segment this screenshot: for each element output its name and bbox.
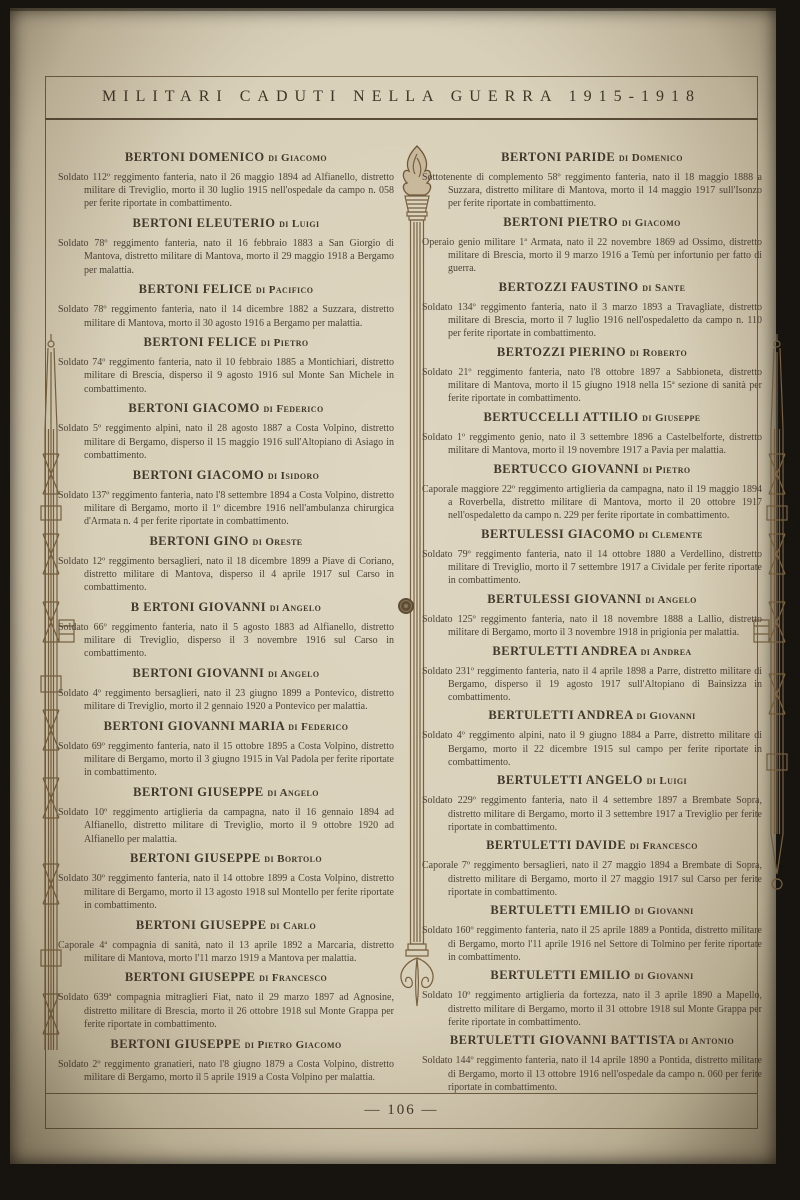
soldier-entry: BERTONI ELEUTERIO di Luigi Soldato 78º r… [58,216,394,277]
entry-text: Soldato 78º reggimento fanteria, nato il… [58,303,394,329]
soldier-patronymic: di Angelo [270,602,321,614]
soldier-patronymic: di Francesco [630,840,698,852]
soldier-entry: BERTONI GIUSEPPE di Pietro Giacomo Solda… [58,1037,394,1084]
entry-heading: BERTULETTI EMILIO di Giovanni [422,903,762,918]
entry-heading: BERTULETTI GIOVANNI BATTISTA di Antonio [422,1033,762,1048]
soldier-entry: BERTULESSI GIACOMO di Clemente Soldato 7… [422,527,762,588]
soldier-entry: BERTULETTI DAVIDE di Francesco Caporale … [422,838,762,899]
entry-heading: BERTULESSI GIACOMO di Clemente [422,527,762,542]
entry-heading: BERTONI GIUSEPPE di Angelo [58,785,394,800]
soldier-name: BERTUCCO GIOVANNI [493,462,642,476]
entry-text: Soldato 10º reggimento artiglieria da ca… [58,806,394,846]
entry-text: Soldato 160º reggimento fanteria, nato i… [422,924,762,964]
page-top-edge [10,8,776,11]
soldier-patronymic: di Bortolo [264,853,322,865]
entry-heading: BERTONI ELEUTERIO di Luigi [58,216,394,231]
entry-heading: BERTONI FELICE di Pietro [58,335,394,350]
soldier-entry: BERTUCCELLI ATTILIO di Giuseppe Soldato … [422,410,762,457]
entry-text: Caporale 4ª compagnia di sanità, nato il… [58,939,394,965]
soldier-patronymic: di Giacomo [268,152,327,164]
soldier-entry: BERTONI GIUSEPPE di Carlo Caporale 4ª co… [58,918,394,965]
soldier-patronymic: di Pietro Giacomo [245,1039,342,1051]
soldier-name: BERTULESSI GIOVANNI [487,592,645,606]
soldier-patronymic: di Pietro [643,464,691,476]
soldier-entry: BERTONI FELICE di Pietro Soldato 74º reg… [58,335,394,396]
soldier-patronymic: di Pietro [261,337,309,349]
entry-text: Soldato 2º reggimento granatieri, nato l… [58,1058,394,1084]
entry-heading: BERTONI PIETRO di Giacomo [422,215,762,230]
soldier-entry: BERTULETTI ANDREA di Giovanni Soldato 4º… [422,708,762,769]
soldier-entry: B ERTONI GIOVANNI di Angelo Soldato 66º … [58,600,394,661]
soldier-patronymic: di Roberto [630,347,687,359]
entry-text: Soldato 639ª compagnia mitraglieri Fiat,… [58,991,394,1031]
left-column: BERTONI DOMENICO di Giacomo Soldato 112º… [58,150,394,1084]
soldier-name: BERTOZZI PIERINO [497,345,630,359]
soldier-entry: BERTONI GIUSEPPE di Angelo Soldato 10º r… [58,785,394,846]
entry-text: Soldato 10º reggimento artiglieria da fo… [422,989,762,1029]
soldier-entry: BERTOZZI PIERINO di Roberto Soldato 21º … [422,345,762,406]
entry-heading: BERTULETTI DAVIDE di Francesco [422,838,762,853]
soldier-name: BERTONI GIUSEPPE [125,970,259,984]
soldier-patronymic: di Luigi [279,218,319,230]
entry-heading: BERTULETTI EMILIO di Giovanni [422,968,762,983]
soldier-name: BERTONI GIOVANNI [133,666,268,680]
entry-heading: BERTUCCELLI ATTILIO di Giuseppe [422,410,762,425]
soldier-entry: BERTULETTI GIOVANNI BATTISTA di Antonio … [422,1033,762,1094]
soldier-entry: BERTONI GIUSEPPE di Bortolo Soldato 30º … [58,851,394,912]
entry-heading: BERTULETTI ANGELO di Luigi [422,773,762,788]
entry-heading: BERTONI GIACOMO di Federico [58,401,394,416]
entry-heading: BERTUCCO GIOVANNI di Pietro [422,462,762,477]
soldier-entry: BERTONI PARIDE di Domenico Sottotenente … [422,150,762,211]
soldier-entry: BERTULESSI GIOVANNI di Angelo Soldato 12… [422,592,762,639]
soldier-name: B ERTONI GIOVANNI [131,600,270,614]
soldier-entry: BERTONI PIETRO di Giacomo Operaio genio … [422,215,762,276]
soldier-name: BERTONI GIACOMO [128,401,263,415]
entry-text: Soldato 125º reggimento fanteria, nato i… [422,613,762,639]
soldier-patronymic: di Federico [288,721,348,733]
scanned-page: MILITARI CADUTI NELLA GUERRA 1915-1918 [10,8,776,1164]
entry-heading: BERTULETTI ANDREA di Giovanni [422,708,762,723]
page-number: — 106 — [45,1092,758,1128]
soldier-name: BERTULETTI ANDREA [488,708,636,722]
entry-heading: BERTONI GIUSEPPE di Francesco [58,970,394,985]
soldier-patronymic: di Francesco [259,972,327,984]
soldier-patronymic: di Sante [642,282,685,294]
soldier-patronymic: di Pacifico [256,284,313,296]
soldier-entry: BERTONI GIOVANNI MARIA di Federico Solda… [58,719,394,780]
entry-heading: BERTULETTI ANDREA di Andrea [422,644,762,659]
entry-heading: B ERTONI GIOVANNI di Angelo [58,600,394,615]
soldier-entry: BERTONI GIACOMO di Federico Soldato 5º r… [58,401,394,462]
soldier-patronymic: di Federico [264,403,324,415]
soldier-name: BERTULESSI GIACOMO [481,527,639,541]
soldier-patronymic: di Oreste [253,536,303,548]
soldier-name: BERTULETTI EMILIO [490,903,634,917]
entry-heading: BERTOZZI FAUSTINO di Sante [422,280,762,295]
right-column: BERTONI PARIDE di Domenico Sottotenente … [422,150,762,1094]
entry-heading: BERTONI GIUSEPPE di Pietro Giacomo [58,1037,394,1052]
title-divider-rule [45,118,758,120]
soldier-patronymic: di Giovanni [634,905,693,917]
soldier-name: BERTULETTI DAVIDE [486,838,630,852]
entry-text: Soldato 137º reggimento fanteria, nato l… [58,489,394,529]
soldier-entry: BERTULETTI EMILIO di Giovanni Soldato 10… [422,968,762,1029]
entry-heading: BERTONI GIOVANNI di Angelo [58,666,394,681]
soldier-name: BERTONI DOMENICO [125,150,268,164]
soldier-entry: BERTONI GINO di Oreste Soldato 12º reggi… [58,534,394,595]
soldier-name: BERTONI GIUSEPPE [136,918,270,932]
soldier-entry: BERTONI FELICE di Pacifico Soldato 78º r… [58,282,394,329]
soldier-patronymic: di Clemente [639,529,703,541]
entry-text: Sottotenente di complemento 58º reggimen… [422,171,762,211]
entry-text: Caporale 7º reggimento bersaglieri, nato… [422,859,762,899]
soldier-name: BERTONI GIACOMO [133,468,268,482]
entry-text: Soldato 1º reggimento genio, nato il 3 s… [422,431,762,457]
soldier-patronymic: di Giovanni [637,710,696,722]
entry-text: Soldato 21º reggimento fanteria, nato l'… [422,366,762,406]
entry-text: Soldato 4º reggimento alpini, nato il 9 … [422,729,762,769]
soldier-name: BERTONI GIOVANNI MARIA [104,719,289,733]
soldier-name: BERTONI GIUSEPPE [133,785,267,799]
entry-text: Soldato 30º reggimento fanteria, nato il… [58,872,394,912]
soldier-patronymic: di Antonio [679,1035,734,1047]
soldier-entry: BERTONI GIACOMO di Isidoro Soldato 137º … [58,468,394,529]
soldier-entry: BERTULETTI EMILIO di Giovanni Soldato 16… [422,903,762,964]
entry-text: Soldato 74º reggimento fanteria, nato il… [58,356,394,396]
soldier-patronymic: di Luigi [647,775,687,787]
entry-text: Soldato 12º reggimento bersaglieri, nato… [58,555,394,595]
soldier-entry: BERTOZZI FAUSTINO di Sante Soldato 134º … [422,280,762,341]
soldier-patronymic: di Angelo [267,787,318,799]
entry-heading: BERTOZZI PIERINO di Roberto [422,345,762,360]
soldier-name: BERTONI PIETRO [503,215,622,229]
soldier-patronymic: di Isidoro [268,470,319,482]
entry-heading: BERTONI GIUSEPPE di Carlo [58,918,394,933]
soldier-entry: BERTUCCO GIOVANNI di Pietro Caporale mag… [422,462,762,523]
entry-text: Soldato 4º reggimento bersaglieri, nato … [58,687,394,713]
soldier-name: BERTONI PARIDE [501,150,619,164]
soldier-name: BERTOZZI FAUSTINO [499,280,643,294]
entry-text: Soldato 229º reggimento fanteria, nato i… [422,794,762,834]
soldier-entry: BERTULETTI ANGELO di Luigi Soldato 229º … [422,773,762,834]
page-title: MILITARI CADUTI NELLA GUERRA 1915-1918 [45,88,758,106]
soldier-patronymic: di Carlo [270,920,316,932]
entry-heading: BERTONI DOMENICO di Giacomo [58,150,394,165]
entry-heading: BERTONI FELICE di Pacifico [58,282,394,297]
entry-text: Soldato 5º reggimento alpini, nato il 28… [58,422,394,462]
soldier-patronymic: di Giacomo [622,217,681,229]
entry-text: Soldato 66º reggimento fanteria, nato il… [58,621,394,661]
entry-heading: BERTONI GIACOMO di Isidoro [58,468,394,483]
soldier-entry: BERTULETTI ANDREA di Andrea Soldato 231º… [422,644,762,705]
soldier-name: BERTONI FELICE [143,335,260,349]
soldier-name: BERTULETTI EMILIO [490,968,634,982]
entry-text: Soldato 79º reggimento fanteria, nato il… [422,548,762,588]
soldier-patronymic: di Angelo [268,668,319,680]
entry-heading: BERTONI PARIDE di Domenico [422,150,762,165]
entry-heading: BERTONI GIUSEPPE di Bortolo [58,851,394,866]
soldier-name: BERTONI GIUSEPPE [130,851,264,865]
soldier-entry: BERTONI GIUSEPPE di Francesco Soldato 63… [58,970,394,1031]
soldier-patronymic: di Giuseppe [642,412,700,424]
soldier-patronymic: di Domenico [619,152,683,164]
entry-text: Soldato 69º reggimento fanteria, nato il… [58,740,394,780]
soldier-name: BERTUCCELLI ATTILIO [483,410,642,424]
entry-heading: BERTONI GINO di Oreste [58,534,394,549]
soldier-patronymic: di Andrea [641,646,692,658]
soldier-name: BERTONI GINO [149,534,252,548]
soldier-entry: BERTONI DOMENICO di Giacomo Soldato 112º… [58,150,394,211]
soldier-name: BERTONI GIUSEPPE [110,1037,244,1051]
soldier-name: BERTULETTI ANDREA [492,644,640,658]
entry-heading: BERTONI GIOVANNI MARIA di Federico [58,719,394,734]
soldier-name: BERTULETTI GIOVANNI BATTISTA [450,1033,679,1047]
soldier-patronymic: di Angelo [645,594,696,606]
entry-text: Soldato 112º reggimento fanteria, nato i… [58,171,394,211]
entry-text: Soldato 78º reggimento fanteria, nato il… [58,237,394,277]
entry-text: Operaio genio militare 1ª Armata, nato i… [422,236,762,276]
soldier-patronymic: di Giovanni [634,970,693,982]
soldier-name: BERTONI FELICE [139,282,256,296]
entry-text: Soldato 231º reggimento fanteria, nato i… [422,665,762,705]
soldier-entry: BERTONI GIOVANNI di Angelo Soldato 4º re… [58,666,394,713]
entry-text: Soldato 144º reggimento fanteria, nato i… [422,1054,762,1094]
entry-text: Soldato 134º reggimento fanteria, nato i… [422,301,762,341]
soldier-name: BERTULETTI ANGELO [497,773,647,787]
entry-heading: BERTULESSI GIOVANNI di Angelo [422,592,762,607]
soldier-name: BERTONI ELEUTERIO [133,216,280,230]
entry-text: Caporale maggiore 22º reggimento artigli… [422,483,762,523]
